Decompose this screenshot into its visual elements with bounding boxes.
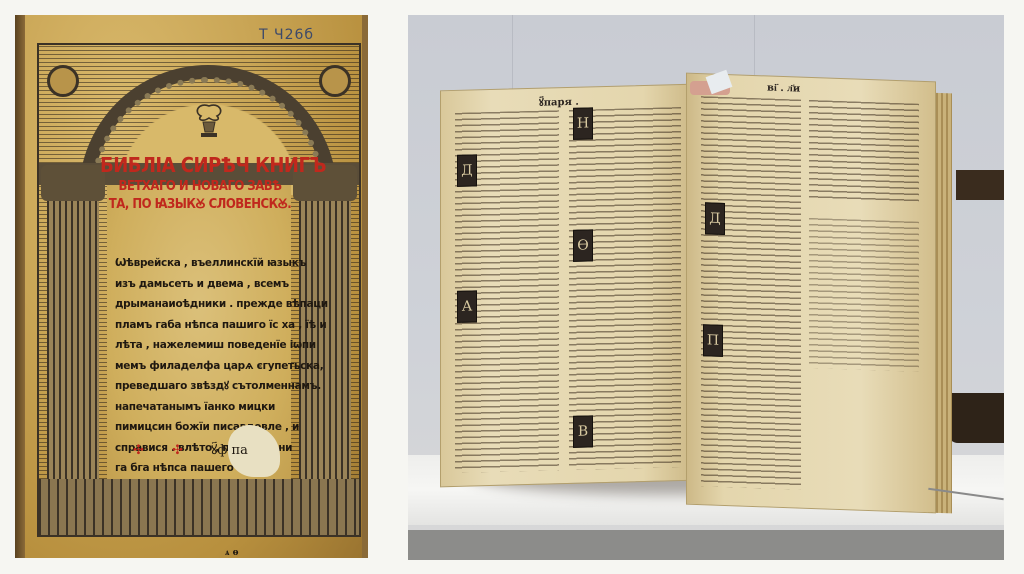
woodcut-initial-icon: В — [573, 415, 593, 448]
title-line-1: БИБЛІА СИРѢЧ КНИГЪ — [100, 155, 300, 176]
rosette-right-icon — [319, 65, 351, 97]
imprint-line: ✣ ✣ ꙋ҃ф па — [133, 440, 293, 458]
red-ornament-icon: ✣ — [172, 443, 183, 458]
body-line: изъ дамьсеть и двема , всемъ — [115, 274, 320, 295]
book-spine-edge — [15, 15, 25, 558]
text-column — [809, 100, 919, 204]
text-column — [809, 218, 919, 372]
open-book-photo: ꙋ҃паря . Д Н Ѳ А В ві҃ . л҃и Д П — [408, 15, 1004, 560]
body-line: преведшаго звѣздꙋ сътолменнамъ. — [115, 376, 320, 397]
title-block: БИБЛІА СИРѢЧ КНИГЪ ВЕТХАГО И НОВАГО ЗАВѢ… — [100, 155, 300, 211]
leather-clasp-bottom — [948, 393, 1004, 443]
woodcut-initial-icon: А — [457, 290, 477, 323]
page-signature: ѧ ѳ — [225, 547, 239, 558]
right-running-head: ві҃ . л҃и — [767, 82, 800, 94]
body-line: напечатанымъ їанко мицки — [115, 397, 320, 418]
body-line: га бга нѣпса пашего їс ха . — [115, 458, 320, 479]
woodcut-initial-icon: Ѳ — [573, 229, 593, 262]
body-line: Ѡѣврейска , въеллинскїй ꙗзыкъ — [115, 253, 320, 274]
body-line: дрыманаиоѣдники . прежде вѣпаци — [115, 294, 320, 315]
woodcut-initial-icon: П — [703, 324, 723, 357]
woodcut-initial-icon: Н — [573, 107, 593, 140]
body-line: пламъ габа нѣпса пашиго їс ха , їѣ и — [115, 315, 320, 336]
body-line: лѣта , нажелемиш поведенїе іѡпи — [115, 335, 320, 356]
rosette-left-icon — [47, 65, 79, 97]
ornamental-base — [39, 479, 359, 535]
woodcut-initial-icon: Д — [705, 202, 725, 235]
title-line-2: ВЕТХАГО И НОВАГО ЗАВѢ — [100, 180, 300, 194]
display-stand-front — [408, 530, 1004, 560]
leather-clasp-top — [956, 170, 1004, 200]
vase-ornament-icon — [189, 100, 229, 140]
title-line-3: ТА, ПО ꙖЗЫКꙊ СЛОВЕНСКꙊ. — [100, 198, 300, 212]
left-page: ꙋ҃паря . Д Н Ѳ А В — [440, 84, 694, 488]
imprint-date: ꙋ҃ф па — [211, 443, 248, 458]
red-ornament-icon: ✣ — [133, 443, 144, 458]
title-page-photo: Т Ч26б БИБЛІА СИРѢЧ КНИГЪ ВЕТХАГО И НОВА… — [15, 15, 368, 558]
column-left — [47, 165, 99, 479]
body-line: пимицсин божїи писавдовле , и — [115, 417, 320, 438]
catalog-mark: Т Ч26б — [259, 27, 314, 43]
text-column — [701, 96, 801, 489]
woodcut-initial-icon: Д — [457, 154, 477, 187]
right-page: ві҃ . л҃и Д П — [686, 73, 936, 514]
left-running-head: ꙋ҃паря . — [539, 94, 579, 109]
body-line: мемъ филаделфа царѧ єгупетьска, — [115, 356, 320, 377]
